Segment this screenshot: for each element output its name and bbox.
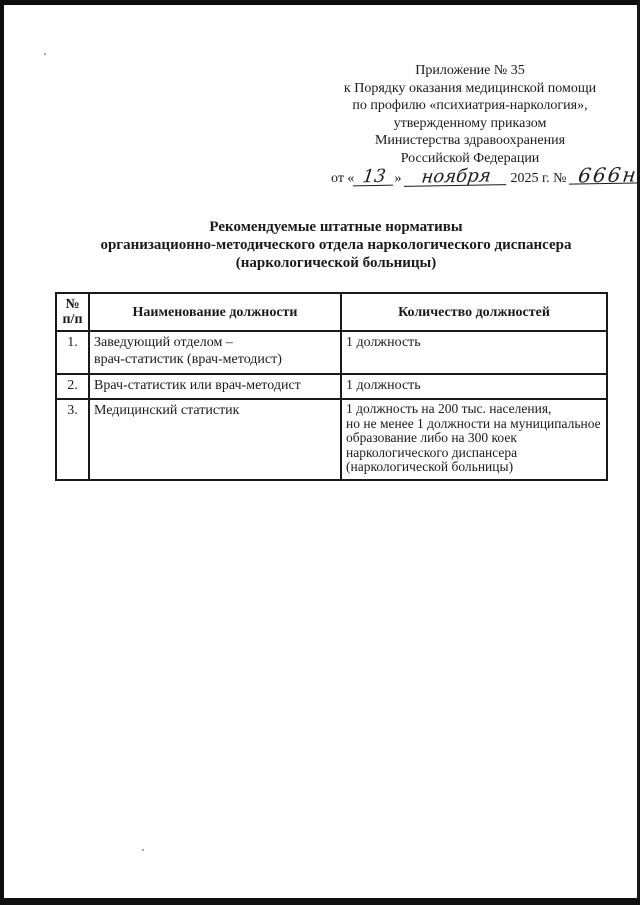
row-position: Врач-статистик или врач-методист	[89, 374, 341, 399]
handwritten-day: 13	[353, 169, 395, 187]
table-row: 3. Медицинский статистик 1 должность на …	[56, 399, 607, 480]
title-line: Рекомендуемые штатные нормативы	[46, 218, 626, 236]
table-header-row: № п/п Наименование должности Количество …	[56, 293, 607, 331]
handwritten-doc-number: 666н	[569, 166, 640, 184]
title-line: организационно-методического отдела нарк…	[46, 236, 626, 254]
document-page: Приложение № 35 к Порядку оказания медиц…	[0, 0, 640, 905]
row-number: 2.	[56, 374, 89, 399]
appendix-date-line: от «13» ноября 2025 г. № 666н	[305, 167, 635, 188]
document-title: Рекомендуемые штатные нормативы организа…	[46, 218, 626, 272]
title-line: (наркологической больницы)	[46, 254, 626, 272]
date-prefix: от «	[331, 171, 354, 186]
scan-edge-top	[0, 0, 640, 5]
column-header-number: № п/п	[56, 293, 89, 331]
row-position: Заведующий отделом – врач-статистик (вра…	[89, 331, 341, 374]
appendix-line: утвержденному приказом	[305, 115, 635, 133]
scan-edge-bottom	[0, 898, 640, 905]
scan-edge-left	[0, 0, 4, 905]
column-header-position: Наименование должности	[89, 293, 341, 331]
row-count: 1 должность	[341, 331, 607, 374]
table-row: 1. Заведующий отделом – врач-статистик (…	[56, 331, 607, 374]
appendix-block: Приложение № 35 к Порядку оказания медиц…	[305, 62, 635, 188]
scan-speck	[44, 53, 46, 55]
appendix-line: по профилю «психиатрия-наркология»,	[305, 97, 635, 115]
row-number: 3.	[56, 399, 89, 480]
date-year: 2025 г. №	[510, 171, 566, 186]
appendix-line: Приложение № 35	[305, 62, 635, 80]
staffing-table: № п/п Наименование должности Количество …	[55, 292, 608, 481]
row-count: 1 должность	[341, 374, 607, 399]
appendix-line: Министерства здравоохранения	[305, 132, 635, 150]
handwritten-month: ноября	[404, 168, 508, 187]
column-header-count: Количество должностей	[341, 293, 607, 331]
appendix-line: к Порядку оказания медицинской помощи	[305, 80, 635, 98]
row-position: Медицинский статистик	[89, 399, 341, 480]
row-number: 1.	[56, 331, 89, 374]
row-count: 1 должность на 200 тыс. населения, но не…	[341, 399, 607, 480]
date-close-quote: »	[394, 171, 401, 186]
scan-speck	[142, 849, 144, 851]
table-row: 2. Врач-статистик или врач-методист 1 до…	[56, 374, 607, 399]
